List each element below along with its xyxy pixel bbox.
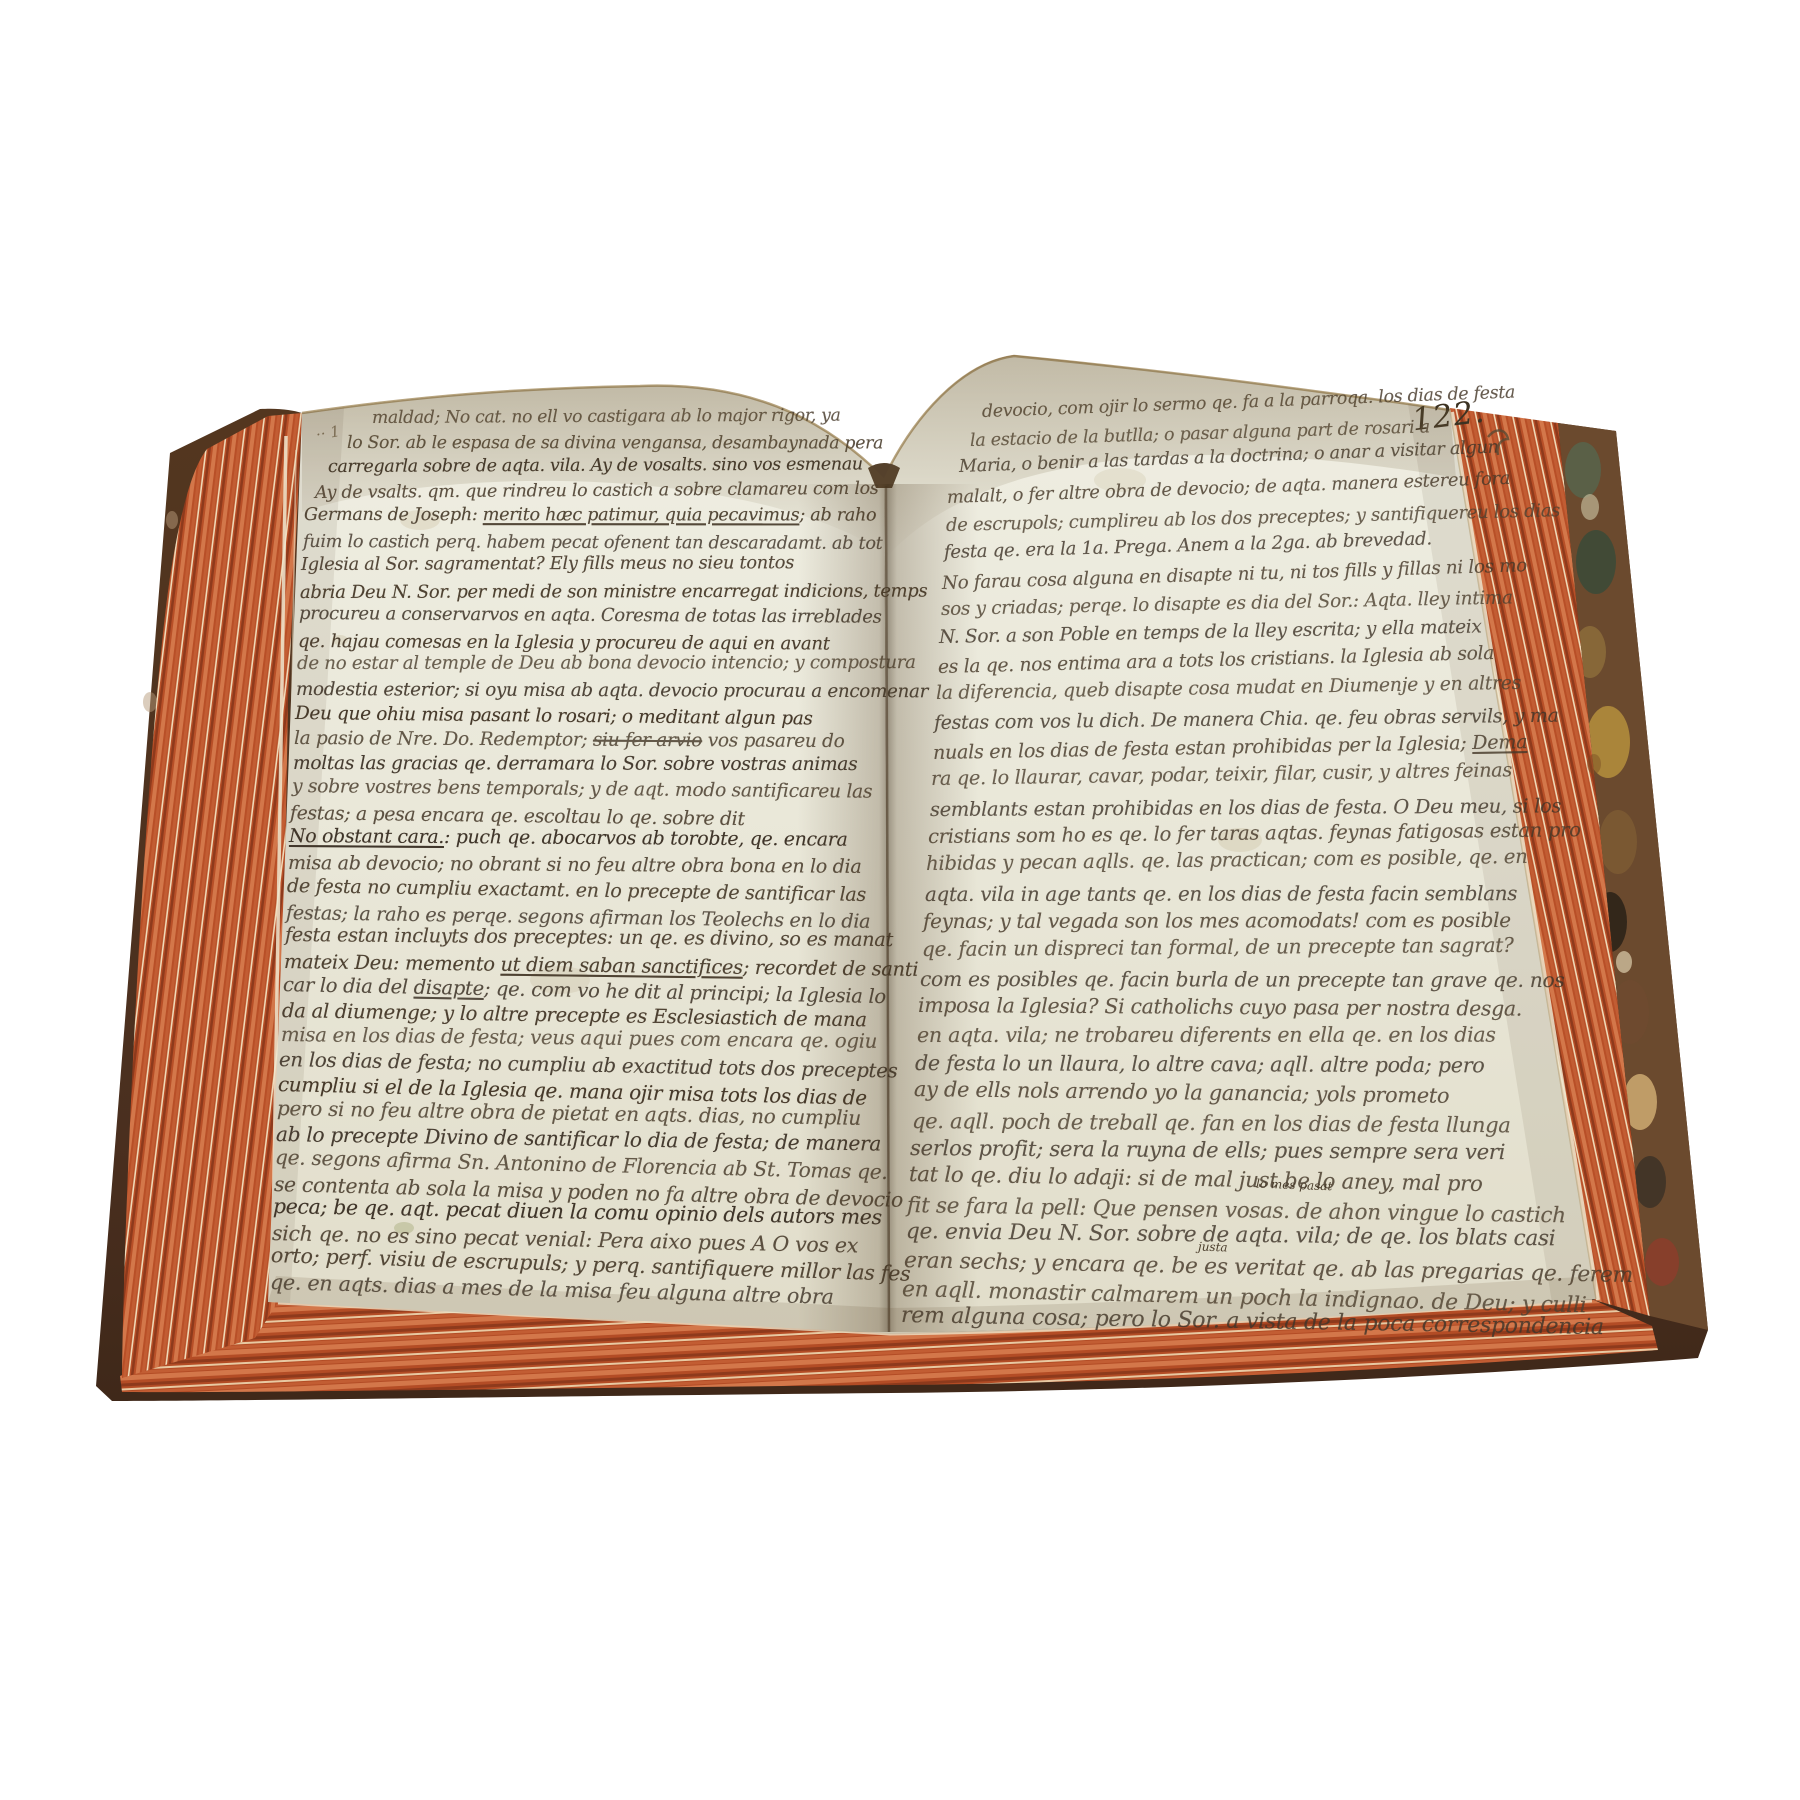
margin-mark: ·· 1	[315, 422, 342, 444]
left-page-line: modestia esterior; si oyu misa ab aqta. …	[296, 679, 928, 702]
right-page-line: es la qe. nos entima ara a tots los cris…	[937, 643, 1494, 678]
right-page-line: N. Sor. a son Poble en temps de la lley …	[939, 616, 1482, 648]
left-page-line: moltas las gracias qe. derramara lo Sor.…	[293, 753, 857, 775]
right-page-line: serlos profit; sera la ruyna de ells; pu…	[910, 1135, 1505, 1164]
left-page-line: fuim lo castich perq. habem pecat ofenen…	[302, 532, 882, 554]
right-page-line: cristians som ho es qe. lo fer taras aqt…	[928, 818, 1581, 848]
right-page-line: qe. facin un dispreci tan formal, de un …	[922, 933, 1514, 961]
left-page-line: procureu a conservarvos en aqta. Coresma…	[299, 603, 882, 628]
right-page-line: semblants estan prohibidas en los dias d…	[930, 794, 1561, 821]
left-page-line: y sobre vostres bens temporals; y de aqt…	[291, 776, 871, 803]
left-page-line: Deu que ohiu misa pasant lo rosari; o me…	[295, 703, 813, 729]
left-page-line: de no estar al temple de Deu ab bona dev…	[297, 652, 916, 674]
right-page-line: ay de ells nols arrendo yo la ganancia; …	[913, 1077, 1449, 1108]
right-page-line: com es posibles qe. facin burla de un pr…	[920, 967, 1565, 992]
left-page-line: abria Deu N. Sor. per medi de son minist…	[300, 580, 927, 602]
right-page-line: tat lo qe. diu lo adaji: si de mal just …	[909, 1162, 1483, 1197]
left-page-line: maldad; No cat. no ell vo castigara ab l…	[372, 406, 841, 428]
left-page-line: lo Sor. ab le espasa de sa divina vengan…	[347, 433, 883, 453]
handwriting-layer: 122. ·· 1 lo mes pasat justa maldad; No …	[0, 0, 1800, 1800]
right-page-line: aqta. vila in age tants qe. en los dias …	[925, 882, 1517, 906]
left-page-line: No obstant cara.: puch qe. abocarvos ab …	[289, 825, 848, 851]
right-page-line: qe. aqll. poch de treball qe. fan en los…	[912, 1108, 1511, 1137]
left-page-line: la pasio de Nre. Do. Redemptor; siu fer …	[294, 728, 845, 752]
left-page-line: Ay de vsalts. qm. que rindreu lo castich…	[315, 479, 879, 503]
right-page-line: feynas; y tal vegada son los mes acomoda…	[923, 908, 1511, 933]
book-photograph: 122. ·· 1 lo mes pasat justa maldad; No …	[0, 0, 1800, 1800]
right-page-line: festas com vos lu dich. De manera Chia. …	[934, 705, 1559, 734]
right-page-line: la diferencia, queb disapte cosa mudat e…	[936, 672, 1521, 703]
right-page-line: en aqta. vila; ne trobareu diferents en …	[917, 1023, 1496, 1047]
left-page-line: misa ab devocio; no obrant si no feu alt…	[288, 852, 862, 878]
left-page-line: festa estan incluyts dos preceptes: un q…	[285, 923, 893, 951]
right-page-line: sos y criadas; perqe. lo disapte es dia …	[941, 587, 1513, 620]
right-page-line: hibidas y pecan aqlls. qe. las practican…	[926, 845, 1528, 875]
right-page-line: ra qe. lo llaurar, cavar, podar, teixir,…	[931, 758, 1512, 790]
right-page-line: de escrupols; cumplireu ab los dos prece…	[945, 500, 1560, 536]
right-page-line: No farau cosa alguna en disapte ni tu, n…	[942, 555, 1528, 594]
left-page-line: Iglesia al Sor. sagramentat? Ely fills m…	[301, 552, 794, 575]
left-page-line: qe. hajau comesas en la Iglesia y procur…	[298, 631, 830, 654]
right-page-line: imposa la Iglesia? Si catholichs cuyo pa…	[918, 993, 1522, 1021]
left-page-line: Germans de Joseph: merito hæc patimur, q…	[304, 505, 876, 525]
right-page-line: de festa lo un llaura, lo altre cava; aq…	[915, 1051, 1485, 1077]
left-page-line: de festa no cumpliu exactamt. en lo prec…	[287, 874, 866, 906]
left-page-line: carregarla sobre de aqta. vila. Ay de vo…	[328, 454, 863, 477]
